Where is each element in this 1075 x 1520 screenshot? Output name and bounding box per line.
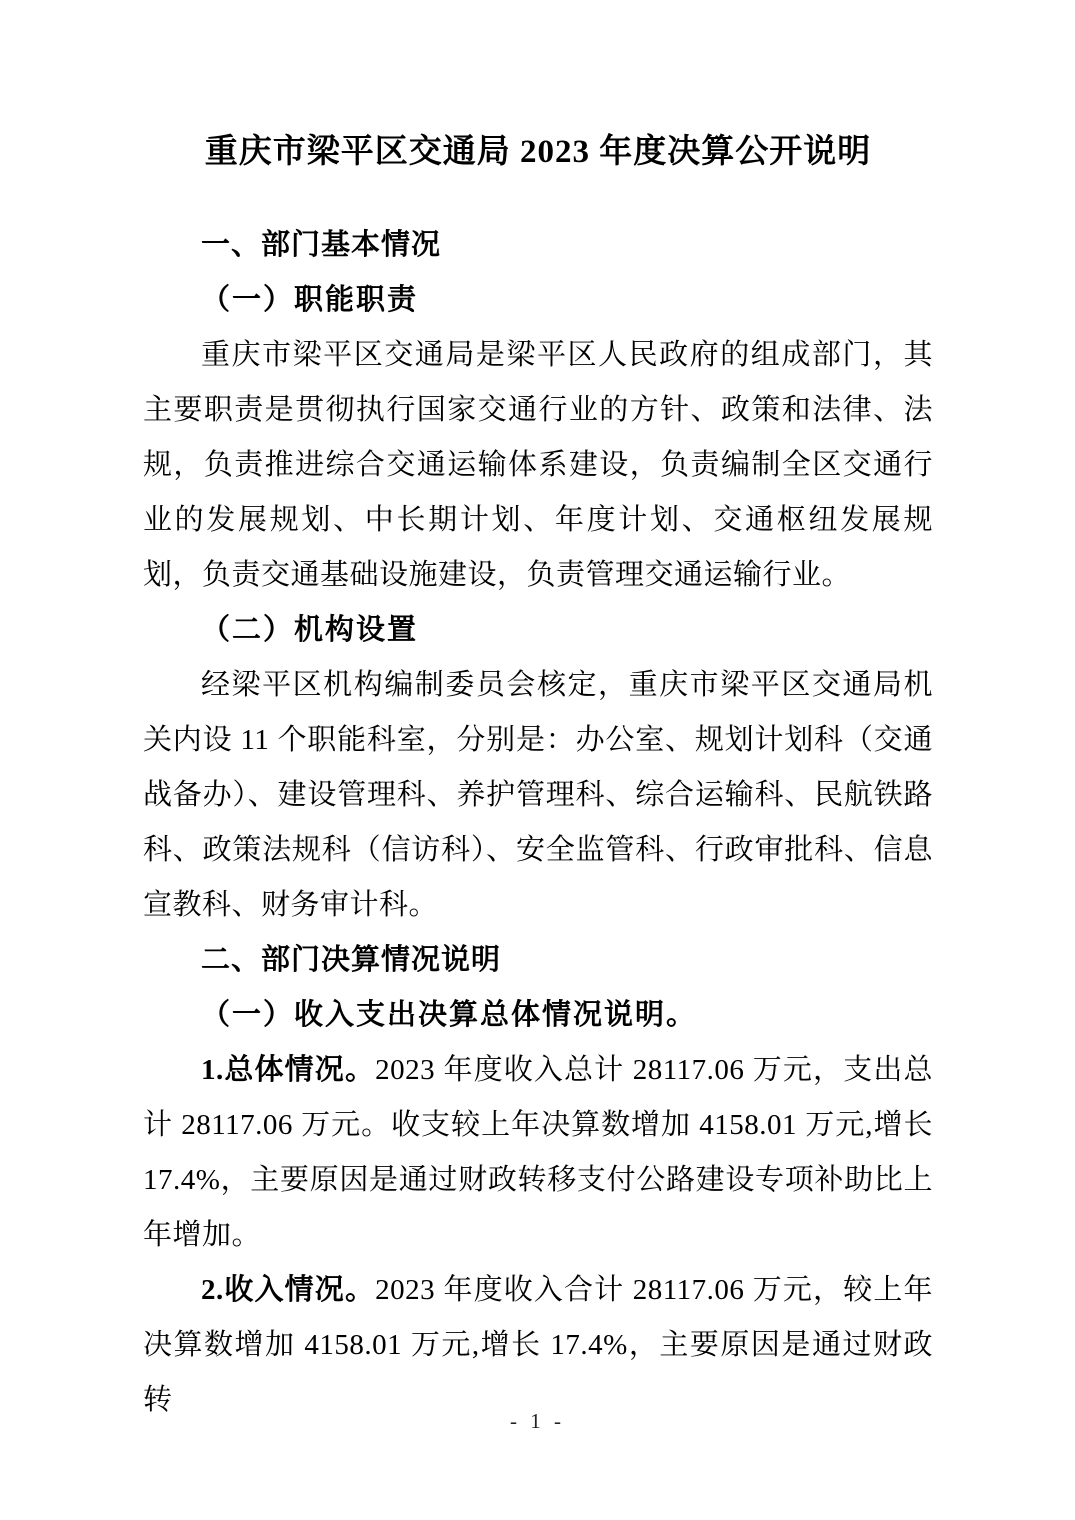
document-title: 重庆市梁平区交通局 2023 年度决算公开说明 [143, 128, 933, 176]
section-1-sub-duties-heading: （一）职能职责 [143, 273, 933, 328]
section-1-sub-organization-heading: （二）机构设置 [143, 603, 933, 658]
page-number: - 1 - [0, 1409, 1075, 1434]
paragraph-organization: 经梁平区机构编制委员会核定，重庆市梁平区交通局机关内设 11 个职能科室，分别是… [143, 658, 933, 933]
paragraph-income-situation-lead: 2.收入情况。 [201, 1274, 375, 1306]
paragraph-income-situation: 2.收入情况。2023 年度收入合计 28117.06 万元，较上年决算数增加 … [143, 1263, 933, 1428]
document-page: 重庆市梁平区交通局 2023 年度决算公开说明 一、部门基本情况 （一）职能职责… [0, 0, 1075, 1520]
section-2-sub-overview-heading: （一）收入支出决算总体情况说明。 [143, 988, 933, 1043]
paragraph-duties: 重庆市梁平区交通局是梁平区人民政府的组成部门，其主要职责是贯彻执行国家交通行业的… [143, 328, 933, 603]
paragraph-overall-situation-lead: 1.总体情况。 [201, 1054, 375, 1086]
section-2-heading: 二、部门决算情况说明 [143, 933, 933, 988]
paragraph-overall-situation: 1.总体情况。2023 年度收入总计 28117.06 万元，支出总计 2811… [143, 1043, 933, 1263]
section-1-heading: 一、部门基本情况 [143, 218, 933, 273]
